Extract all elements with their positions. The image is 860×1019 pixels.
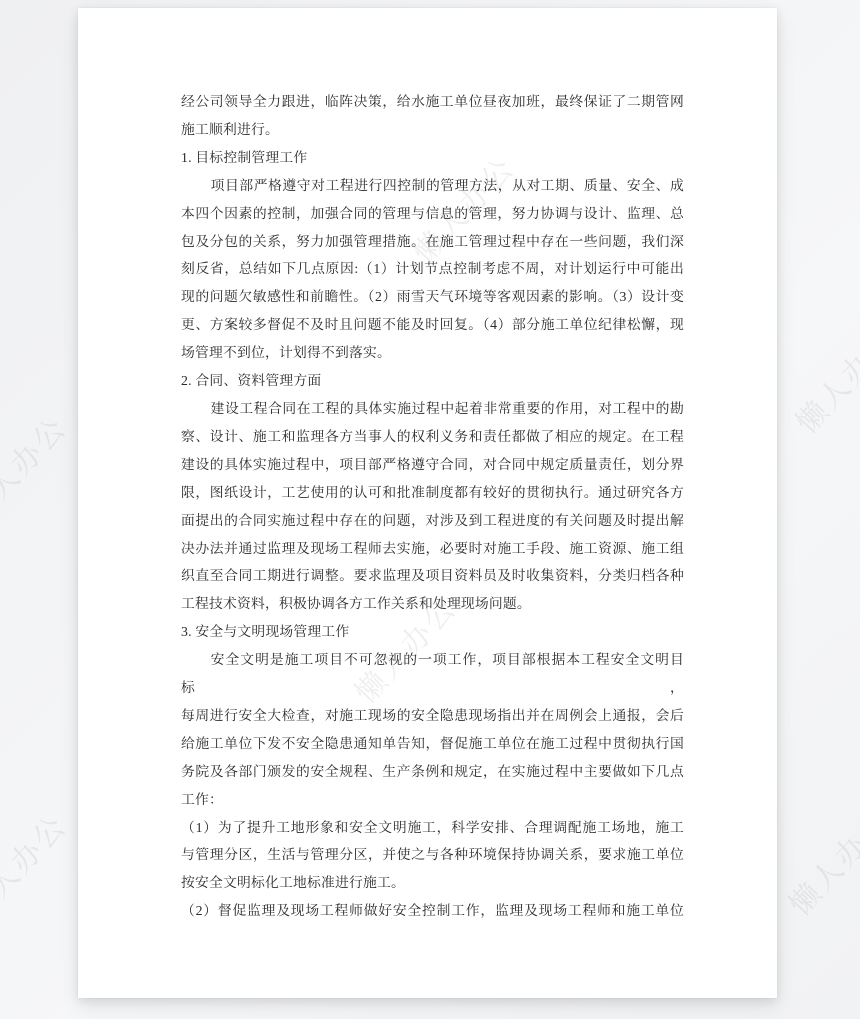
text-line: 建设的具体实施过程中，项目部严格遵守合同，对合同中规定质量责任，划分界: [181, 451, 684, 479]
watermark-text: 懒人办公: [777, 797, 860, 924]
text-line: 本四个因素的控制，加强合同的管理与信息的管理，努力协调与设计、监理、总: [181, 200, 684, 228]
text-line: 项目部严格遵守对工程进行四控制的管理方法，从对工期、质量、安全、成: [181, 172, 684, 200]
text-line: 经公司领导全力跟进，临阵决策，给水施工单位昼夜加班，最终保证了二期管网: [181, 88, 684, 116]
text-line: 每周进行安全大检查，对施工现场的安全隐患现场指出并在周例会上通报，会后: [181, 702, 684, 730]
text-line: 现的问题欠敏感性和前瞻性。（2）雨雪天气环境等客观因素的影响。（3）设计变: [181, 283, 684, 311]
text-line: 施工顺利进行。: [181, 116, 684, 144]
text-line: 决办法并通过监理及现场工程师去实施，必要时对施工手段、施工资源、施工组: [181, 535, 684, 563]
text-line: 面提出的合同实施过程中存在的问题，对涉及到工程进度的有关问题及时提出解: [181, 507, 684, 535]
page-text: 经公司领导全力跟进，临阵决策，给水施工单位昼夜加班，最终保证了二期管网施工顺利进…: [181, 88, 684, 925]
text-line: 与管理分区，生活与管理分区，并使之与各种环境保持协调关系，要求施工单位: [181, 841, 684, 869]
text-line: 场管理不到位，计划得不到落实。: [181, 339, 684, 367]
text-line: 织直至合同工期进行调整。要求监理及项目资料员及时收集资料，分类归档各种: [181, 562, 684, 590]
text-line: 限，图纸设计，工艺使用的认可和批准制度都有较好的贯彻执行。通过研究各方: [181, 479, 684, 507]
text-line: 刻反省，总结如下几点原因:（1）计划节点控制考虑不周，对计划运行中可能出: [181, 255, 684, 283]
watermark-text: 懒人办公: [784, 315, 860, 442]
text-line: 察、设计、施工和监理各方当事人的权利义务和责任都做了相应的规定。在工程: [181, 423, 684, 451]
text-line: （1）为了提升工地形象和安全文明施工，科学安排、合理调配施工场地，施工: [181, 814, 684, 842]
text-line: 1. 目标控制管理工作: [181, 144, 684, 172]
text-line: 安全文明是施工项目不可忽视的一项工作，项目部根据本工程安全文明目标，: [181, 646, 684, 702]
text-line: 更、方案较多督促不及时且问题不能及时回复。（4）部分施工单位纪律松懈，现: [181, 311, 684, 339]
text-line: 工程技术资料，积极协调各方工作关系和处理现场问题。: [181, 590, 684, 618]
document-canvas: 经公司领导全力跟进，临阵决策，给水施工单位昼夜加班，最终保证了二期管网施工顺利进…: [0, 0, 860, 1019]
document-page: 经公司领导全力跟进，临阵决策，给水施工单位昼夜加班，最终保证了二期管网施工顺利进…: [78, 8, 777, 998]
text-line: 给施工单位下发不安全隐患通知单告知，督促施工单位在施工过程中贯彻执行国: [181, 730, 684, 758]
watermark-text: 懒人办公: [0, 405, 75, 532]
text-line: （2）督促监理及现场工程师做好安全控制工作，监理及现场工程师和施工单位: [181, 897, 684, 925]
text-line: 按安全文明标化工地标准进行施工。: [181, 869, 684, 897]
text-line: 建设工程合同在工程的具体实施过程中起着非常重要的作用，对工程中的勘: [181, 395, 684, 423]
text-line: 包及分包的关系，努力加强管理措施。在施工管理过程中存在一些问题，我们深: [181, 228, 684, 256]
text-line: 3. 安全与文明现场管理工作: [181, 618, 684, 646]
watermark-text: 懒人办公: [0, 803, 75, 930]
text-line: 务院及各部门颁发的安全规程、生产条例和规定，在实施过程中主要做如下几点: [181, 758, 684, 786]
text-line: 工作：: [181, 786, 684, 814]
text-line: 2. 合同、资料管理方面: [181, 367, 684, 395]
